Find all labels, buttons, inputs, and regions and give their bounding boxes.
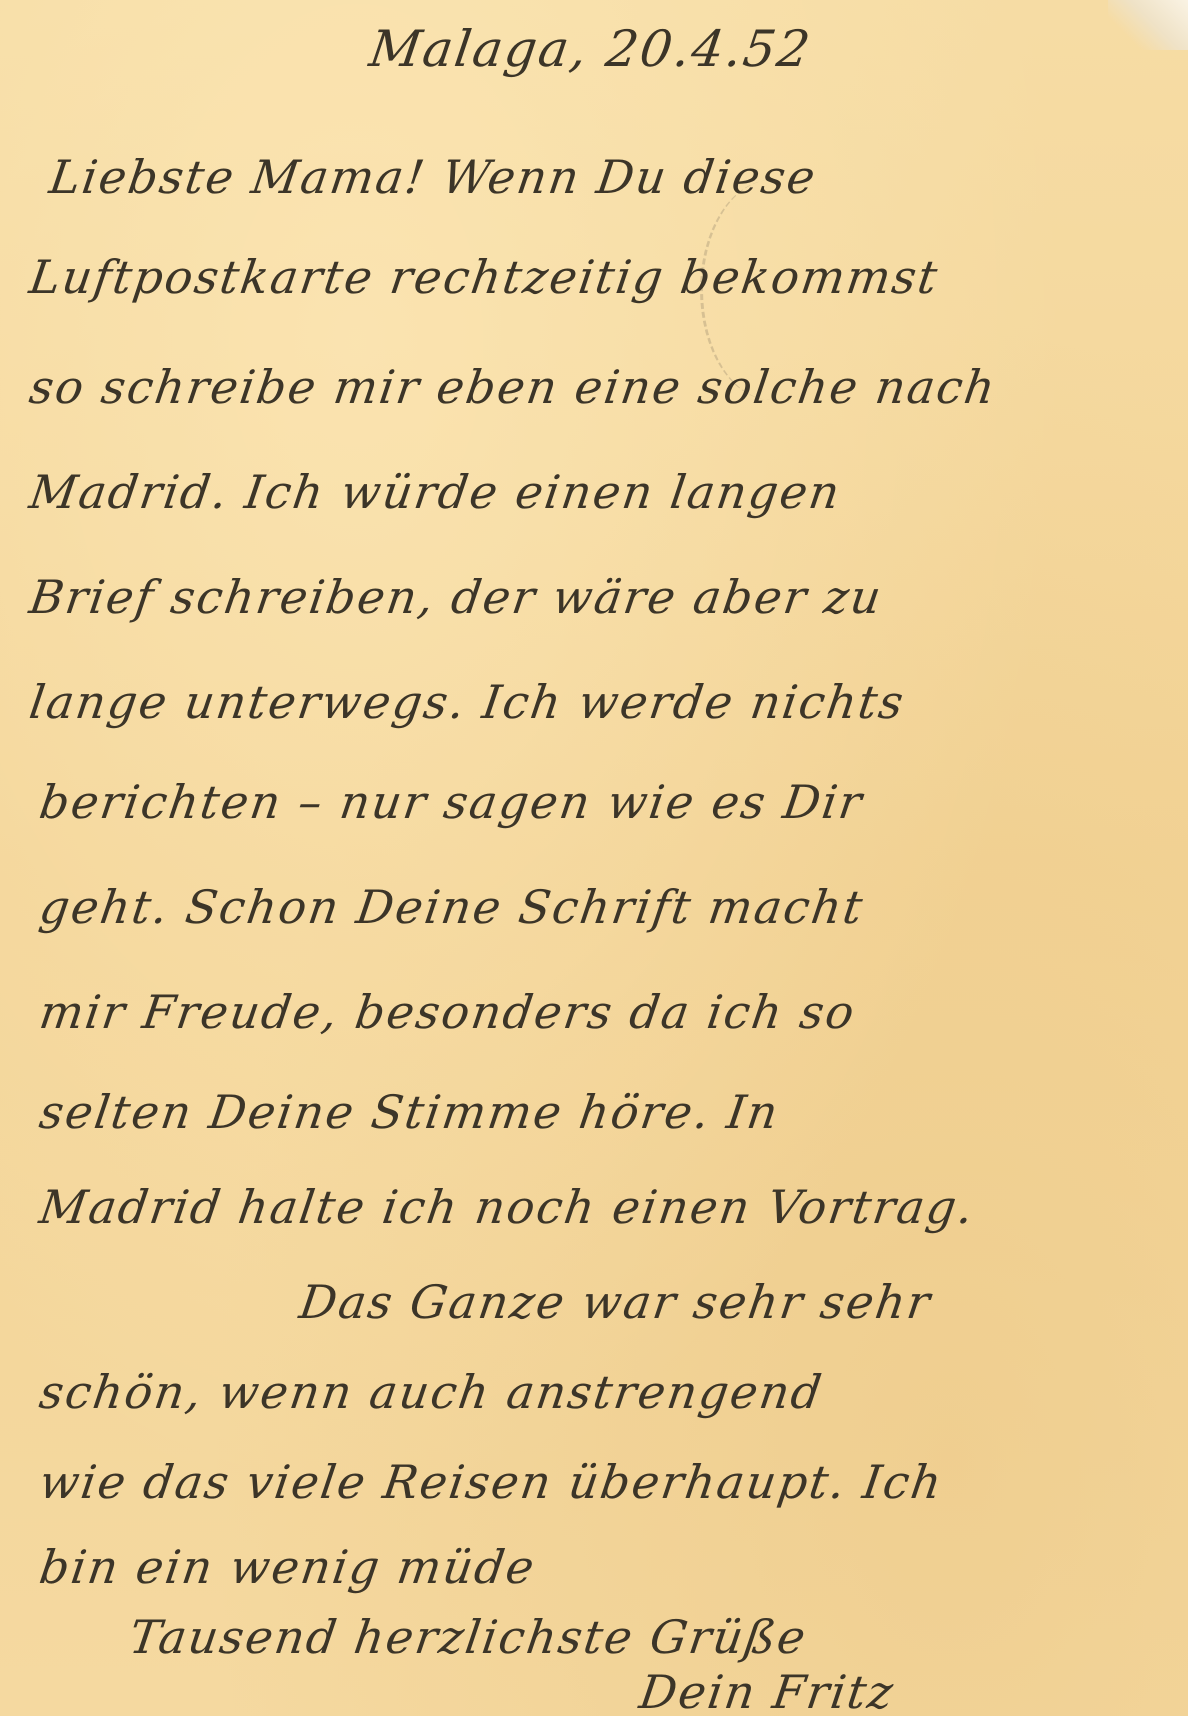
closing: Tausend herzlichste Grüße [126, 1610, 810, 1664]
text-line-11: Madrid halte ich noch einen Vortrag. [36, 1180, 978, 1234]
text-line-9: mir Freude, besonders da ich so [36, 985, 859, 1039]
text-line-12: Das Ganze war sehr sehr [296, 1275, 935, 1329]
text-line-14: wie das viele Reisen überhaupt. Ich [36, 1455, 946, 1509]
text-line-15: bin ein wenig müde [36, 1540, 539, 1594]
text-line-4: Madrid. Ich würde einen langen [26, 465, 845, 519]
postcard: Malaga, 20.4.52 Liebste Mama! Wenn Du di… [0, 0, 1188, 1716]
text-line-5: Brief schreiben, der wäre aber zu [26, 570, 886, 624]
text-line-3: so schreibe mir eben eine solche nach [26, 360, 1000, 414]
text-line-8: geht. Schon Deine Schrift macht [36, 880, 867, 934]
signature: Dein Fritz [636, 1665, 898, 1716]
text-line-13: schön, wenn auch anstrengend [36, 1365, 826, 1419]
paper-corner-wear [1108, 0, 1188, 50]
text-line-10: selten Deine Stimme höre. In [36, 1085, 783, 1139]
text-line-6: lange unterwegs. Ich werde nichts [26, 675, 908, 729]
place-date: Malaga, 20.4.52 [366, 20, 815, 78]
text-line-7: berichten – nur sagen wie es Dir [36, 775, 867, 829]
text-line-1: Liebste Mama! Wenn Du diese [46, 150, 820, 204]
text-line-2: Luftpostkarte rechtzeitig bekommst [26, 250, 942, 304]
